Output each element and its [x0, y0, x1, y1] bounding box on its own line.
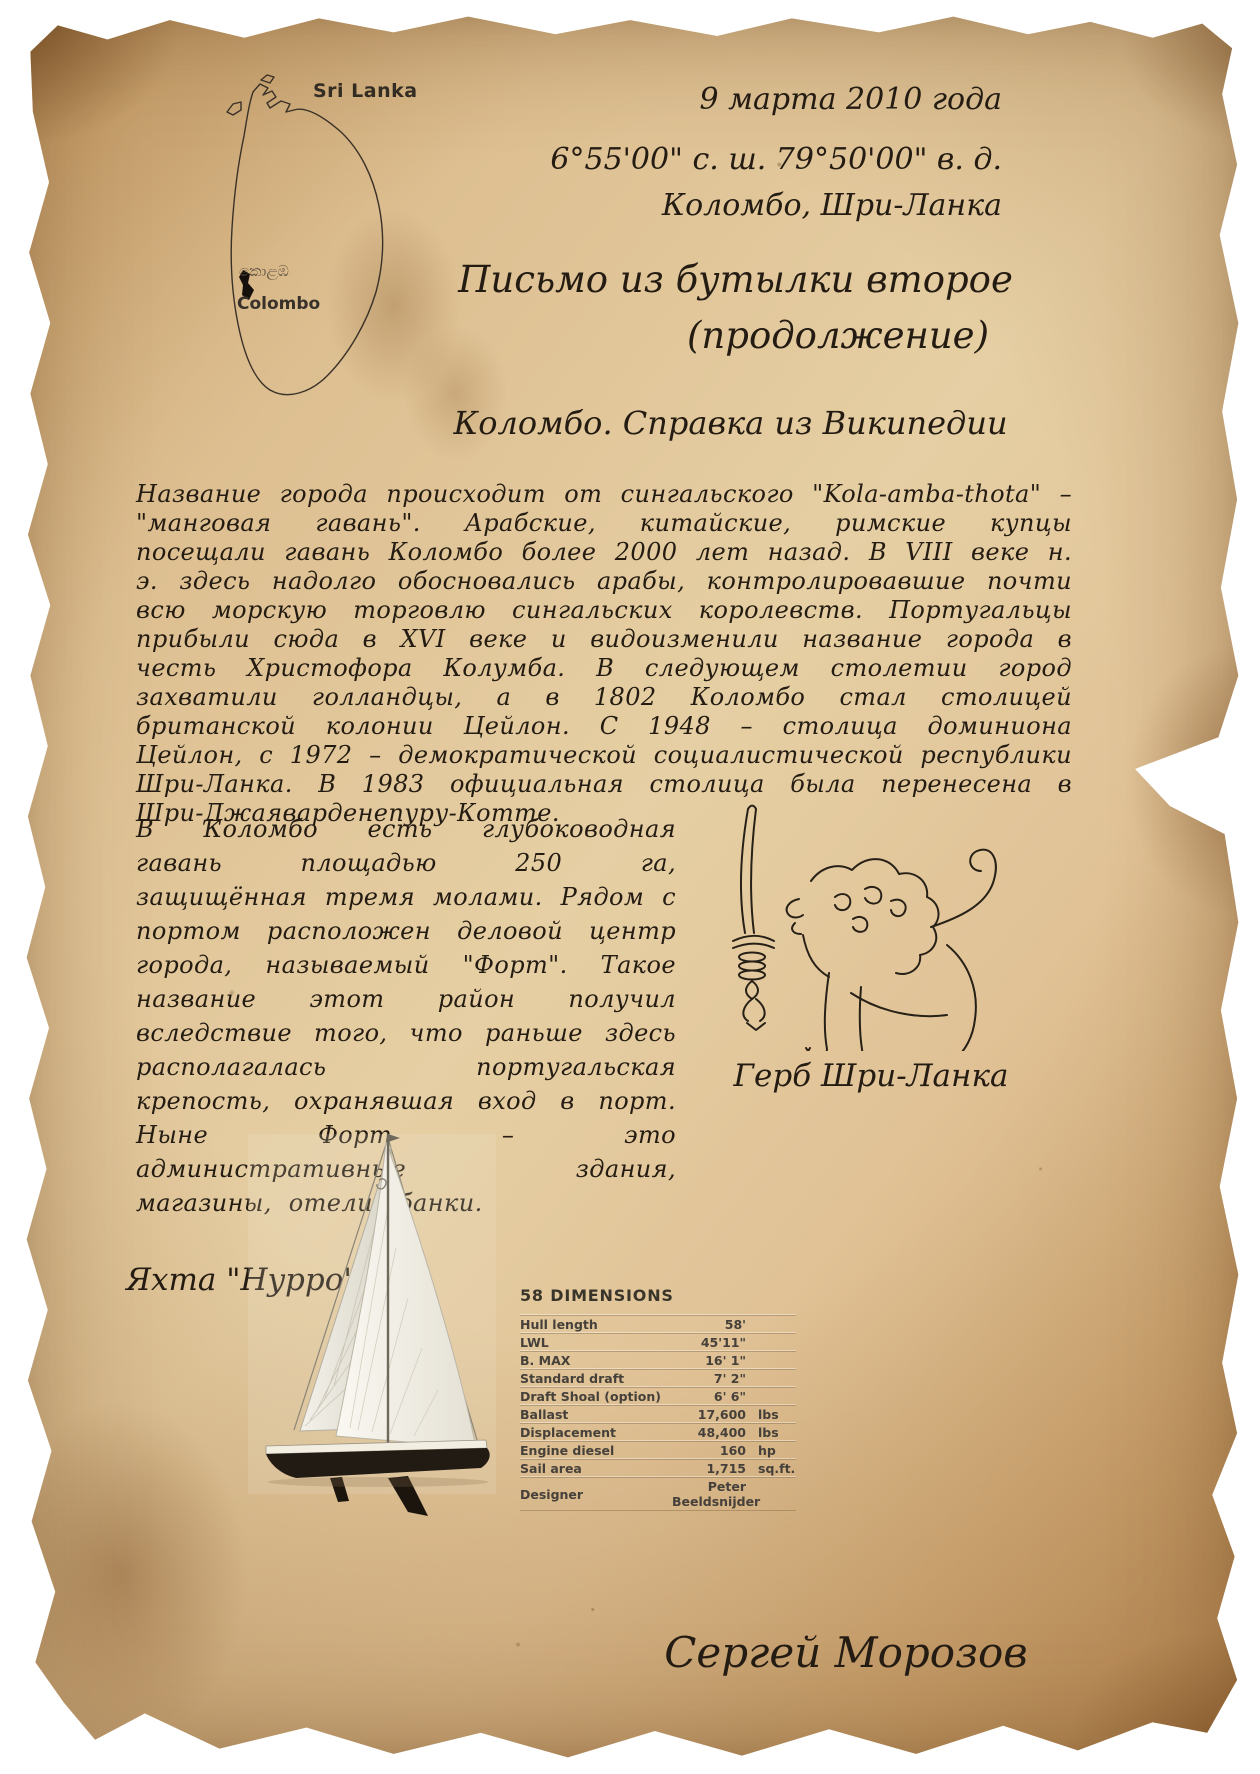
spec-value: Peter Beeldsnijder	[672, 1479, 752, 1509]
spec-row-lwl: LWL 45'11"	[520, 1333, 796, 1351]
spec-row-engine: Engine diesel 160 hp	[520, 1441, 796, 1459]
spec-label: Engine diesel	[520, 1443, 672, 1458]
map-country-label: Sri Lanka	[313, 80, 418, 102]
spec-label: Draft Shoal (option)	[520, 1389, 672, 1404]
spec-value: 45'11"	[672, 1335, 752, 1350]
spec-label: Ballast	[520, 1407, 672, 1422]
body-paragraph-history: Название города происходит от сингальско…	[136, 480, 1072, 828]
spec-unit: lbs	[752, 1407, 796, 1422]
letter-location: Коломбо, Шри-Ланка	[662, 188, 1002, 223]
letter-title-line1: Письмо из бутылки второе	[448, 258, 1023, 301]
sri-lanka-map-outline	[191, 58, 441, 418]
spec-value: 58'	[672, 1317, 752, 1332]
spec-value: 160	[672, 1443, 752, 1458]
spec-row-standard-draft: Standard draft 7' 2"	[520, 1369, 796, 1387]
spec-value: 16' 1"	[672, 1353, 752, 1368]
letter-title-line2: (продолжение)	[648, 314, 1028, 357]
spec-row-draft-shoal: Draft Shoal (option) 6' 6"	[520, 1387, 796, 1405]
signature: Сергей Морозов	[656, 1628, 1036, 1677]
spec-label: Displacement	[520, 1425, 672, 1440]
letter-coordinates: 6°55'00" с. ш. 79°50'00" в. д.	[550, 142, 1002, 177]
spec-row-designer: Designer Peter Beeldsnijder	[520, 1477, 796, 1511]
spec-row-bmax: B. MAX 16' 1"	[520, 1351, 796, 1369]
sri-lanka-lion-emblem	[703, 801, 1033, 1051]
spec-row-hull-length: Hull length 58'	[520, 1315, 796, 1333]
spec-value: 1,715	[672, 1461, 752, 1476]
spec-value: 17,600	[672, 1407, 752, 1422]
spec-label: Hull length	[520, 1317, 672, 1332]
spec-value: 48,400	[672, 1425, 752, 1440]
spec-label: Standard draft	[520, 1371, 672, 1386]
sri-lanka-map-block: Sri Lanka කොළඹ Colombo	[191, 58, 441, 418]
map-city-sinhala-label: කොළඹ	[239, 262, 289, 280]
spec-label: B. MAX	[520, 1353, 672, 1368]
spec-value: 6' 6"	[672, 1389, 752, 1404]
map-city-label: Colombo	[237, 294, 320, 314]
sailboat-illustration	[238, 1128, 506, 1520]
spec-row-sail-area: Sail area 1,715 sq.ft.	[520, 1459, 796, 1477]
parchment-paper: Sri Lanka කොළඹ Colombo 9 марта 2010 года…	[8, 6, 1252, 1768]
spec-label: Sail area	[520, 1461, 672, 1476]
spec-unit: lbs	[752, 1425, 796, 1440]
spec-value: 7' 2"	[672, 1371, 752, 1386]
emblem-caption: Герб Шри-Ланка	[726, 1058, 1016, 1094]
yacht-spec-table: 58 DIMENSIONS Hull length 58' LWL 45'11"…	[520, 1286, 796, 1511]
spec-unit: sq.ft.	[752, 1461, 796, 1476]
spec-row-displacement: Displacement 48,400 lbs	[520, 1423, 796, 1441]
spec-unit: hp	[752, 1443, 796, 1458]
spec-label: LWL	[520, 1335, 672, 1350]
spec-label: Designer	[520, 1487, 672, 1502]
letter-date: 9 марта 2010 года	[700, 82, 1002, 117]
spec-row-ballast: Ballast 17,600 lbs	[520, 1405, 796, 1423]
spec-table-title: 58 DIMENSIONS	[520, 1286, 796, 1305]
letter-subtitle: Коломбо. Справка из Википедии	[433, 404, 1028, 442]
